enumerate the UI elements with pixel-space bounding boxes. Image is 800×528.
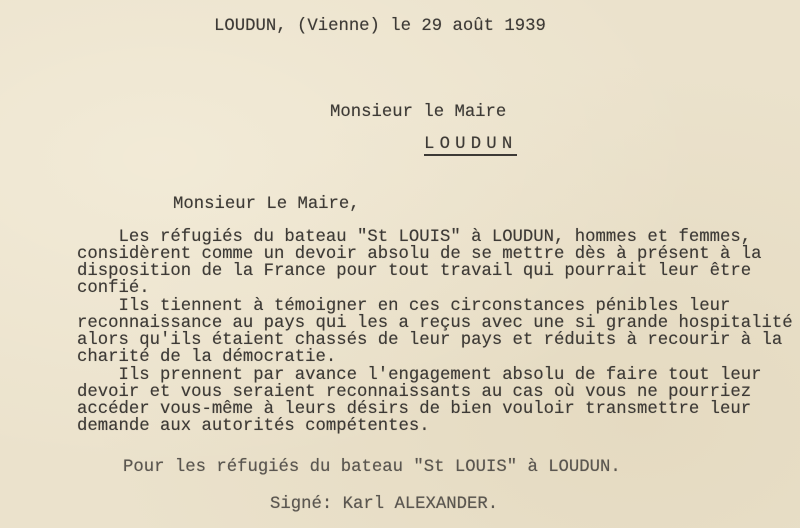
body-line: charité de la démocratie.	[77, 349, 336, 366]
closing-line: Pour les réfugiés du bateau "St LOUIS" à…	[123, 459, 621, 476]
body-line: Ils tiennent à témoigner en ces circonst…	[77, 298, 730, 315]
body-line: Ils prennent par avance l'engagement abs…	[77, 367, 761, 384]
body-line: alors qu'ils étaient chassés de leur pay…	[77, 332, 782, 349]
place-date-line: LOUDUN, (Vienne) le 29 août 1939	[214, 18, 546, 35]
body-line: reconnaissance au pays qui les a reçus a…	[77, 315, 793, 332]
body-line: Les réfugiés du bateau "St LOUIS" à LOUD…	[77, 229, 751, 246]
body-line: demande aux autorités compétentes.	[77, 418, 430, 435]
body-line: confié.	[77, 280, 150, 297]
body-line: disposition de la France pour tout trava…	[77, 263, 751, 280]
signature-line: Signé: Karl ALEXANDER.	[270, 496, 498, 513]
body-line: devoir et vous seraient reconnaissants a…	[77, 384, 751, 401]
salutation: Monsieur Le Maire,	[173, 196, 360, 213]
body-line: considèrent comme un devoir absolu de se…	[77, 246, 761, 263]
recipient-city: LOUDUN	[424, 136, 517, 156]
body-line: accéder vous-même à leurs désirs de bien…	[77, 401, 751, 418]
recipient-title: Monsieur le Maire	[330, 104, 506, 121]
